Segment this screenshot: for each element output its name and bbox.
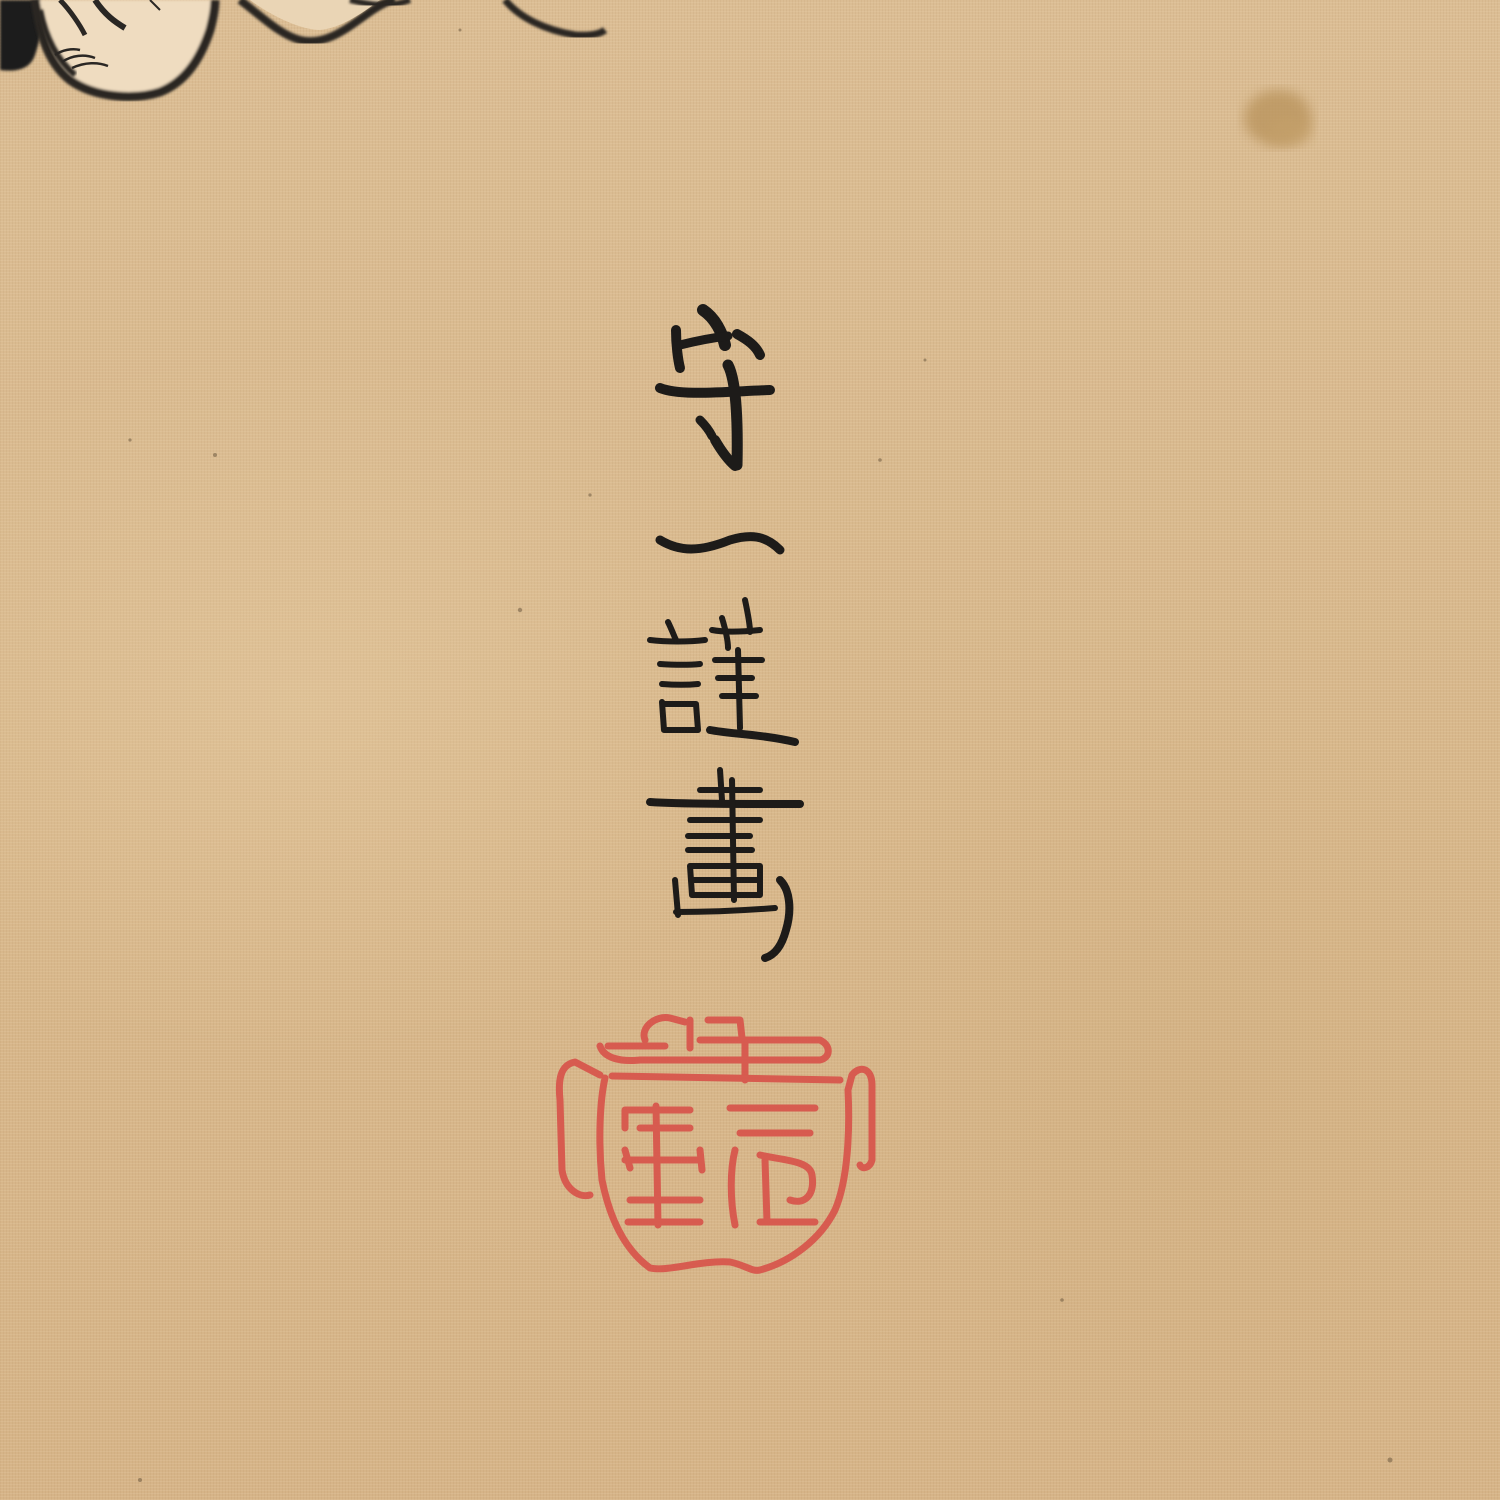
calligraphy-inscription: 守 一 謹 畫 <box>640 300 820 960</box>
silk-painting-canvas: 守 一 謹 畫 vessel-shaped (jar with handles) <box>0 0 1500 1500</box>
